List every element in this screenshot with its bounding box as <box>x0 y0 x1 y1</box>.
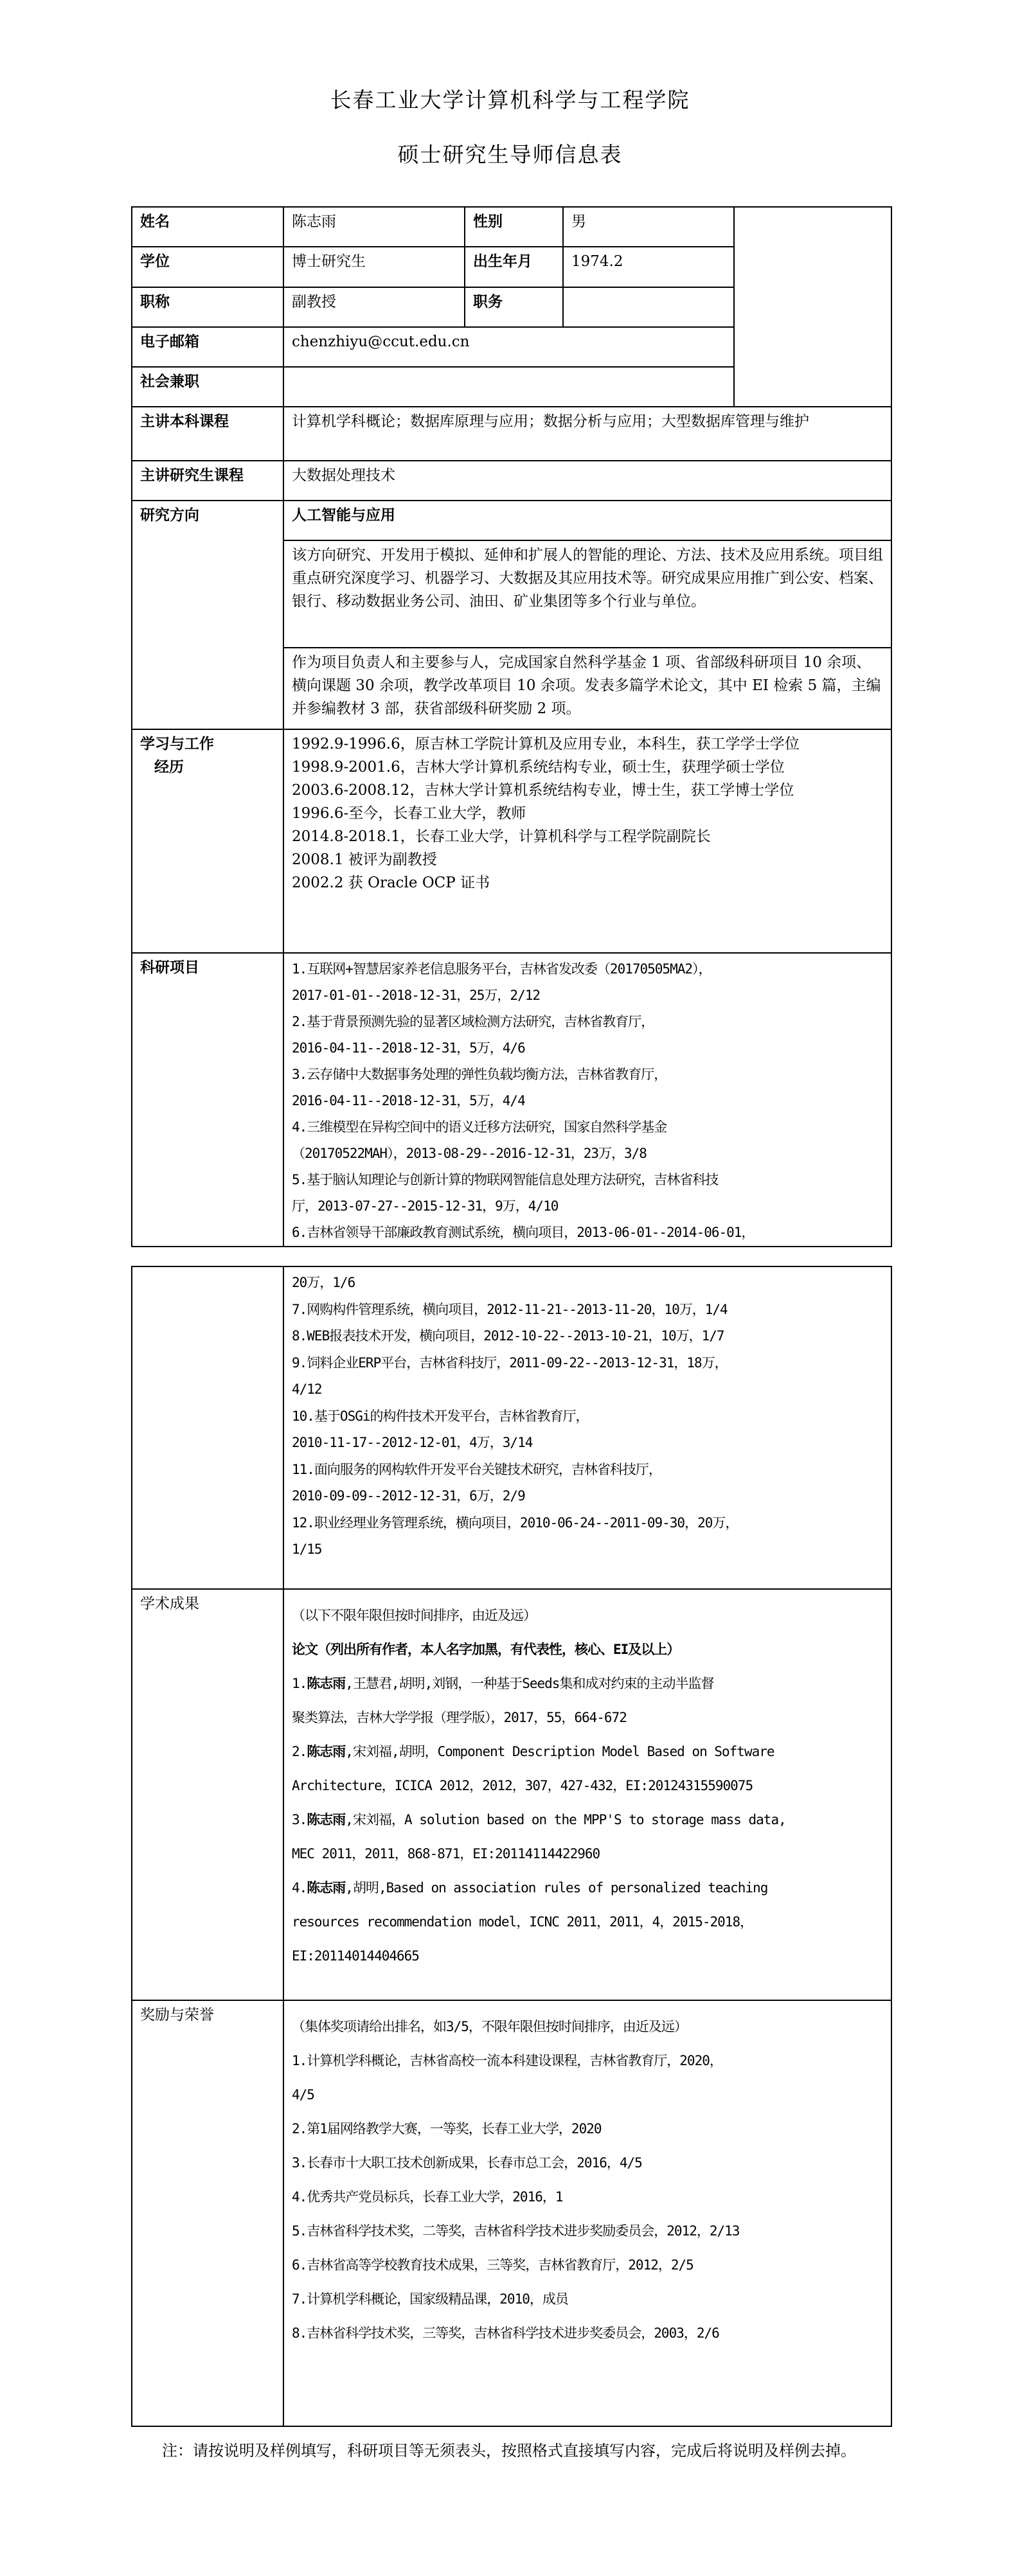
research-summary: 作为项目负责人和主要参与人，完成国家自然科学基金 1 项、省部级科研项目 10 … <box>283 648 891 729</box>
research-description: 该方向研究、开发用于模拟、延伸和扩展人的智能的理论、方法、技术及应用系统。项目组… <box>283 540 891 648</box>
achievements-note: （以下不限年限但按时间排序，由近及远） <box>292 1599 883 1633</box>
experience-item: 1998.9-2001.6，吉林大学计算机系统结构专业，硕士生，获理学硕士学位 <box>292 756 883 779</box>
award-item: 5.吉林省科学技术奖，二等奖，吉林省科学技术进步奖励委员会，2012，2/13 <box>292 2214 883 2248</box>
degree-value: 博士研究生 <box>283 247 465 287</box>
title-value: 副教授 <box>283 287 465 327</box>
birth-value: 1974.2 <box>563 247 734 287</box>
paper-item: 1.陈志雨,王慧君,胡明,刘钢，一种基于Seeds集和成对约束的主动半监督 <box>292 1667 883 1701</box>
undergrad-courses-value: 计算机学科概论；数据库原理与应用；数据分析与应用；大型数据库管理与维护 <box>283 407 891 461</box>
projects-list-page1: 1.互联网+智慧居家养老信息服务平台，吉林省发改委（20170505MA2）， … <box>283 953 891 1247</box>
gender-value: 男 <box>563 207 734 247</box>
award-item: 7.计算机学科概论，国家级精品课，2010，成员 <box>292 2282 883 2316</box>
email-label: 电子邮箱 <box>132 327 283 367</box>
title-label: 职称 <box>132 287 283 327</box>
awards-content: （集体奖项请给出排名，如3/5，不限年限但按时间排序，由近及远） 1.计算机学科… <box>283 2000 891 2426</box>
name-value: 陈志雨 <box>283 207 465 247</box>
project-line: 11.面向服务的网构软件开发平台关键技术研究，吉林省科技厅， <box>292 1457 883 1484</box>
project-line: 7.网购构件管理系统，横向项目，2012-11-21--2013-11-20，1… <box>292 1297 883 1324</box>
award-item: 4.优秀共产党员标兵，长春工业大学，2016，1 <box>292 2180 883 2214</box>
experience-list: 1992.9-1996.6，原吉林工学院计算机及应用专业，本科生，获工学学士学位… <box>283 729 891 953</box>
experience-item: 2003.6-2008.12，吉林大学计算机系统结构专业，博士生，获工学博士学位 <box>292 779 883 802</box>
project-line: 10.基于OSGi的构件技术开发平台，吉林省教育厅， <box>292 1403 883 1430</box>
research-label: 研究方向 <box>132 501 283 729</box>
project-line: 20万，1/6 <box>292 1270 883 1297</box>
award-item: 2.第1届网络教学大赛，一等奖，长春工业大学，2020 <box>292 2112 883 2146</box>
undergrad-courses-label: 主讲本科课程 <box>132 407 283 461</box>
award-item: 6.吉林省高等学校教育技术成果，三等奖，吉林省教育厅，2012，2/5 <box>292 2248 883 2282</box>
social-label: 社会兼职 <box>132 367 283 407</box>
awards-note: （集体奖项请给出排名，如3/5，不限年限但按时间排序，由近及远） <box>292 2010 883 2044</box>
info-table-page2: 20万，1/6 7.网购构件管理系统，横向项目，2012-11-21--2013… <box>131 1266 892 2427</box>
project-line: 3.云存储中大数据事务处理的弹性负载均衡方法，吉林省教育厅， <box>292 1061 883 1088</box>
position-label: 职务 <box>465 287 563 327</box>
photo-cell <box>734 207 891 407</box>
grad-courses-label: 主讲研究生课程 <box>132 461 283 501</box>
award-item: 4/5 <box>292 2078 883 2112</box>
award-item: 1.计算机学科概论，吉林省高校一流本科建设课程，吉林省教育厅，2020， <box>292 2044 883 2078</box>
project-line: 6.吉林省领导干部廉政教育测试系统，横向项目，2013-06-01--2014-… <box>292 1220 883 1246</box>
project-line: 12.职业经理业务管理系统，横向项目，2010-06-24--2011-09-3… <box>292 1510 883 1537</box>
research-direction: 人工智能与应用 <box>283 501 891 540</box>
experience-item: 2008.1 被评为副教授 <box>292 848 883 871</box>
project-line: 1.互联网+智慧居家养老信息服务平台，吉林省发改委（20170505MA2）， <box>292 956 883 982</box>
project-line: 4.三维模型在异构空间中的语义迁移方法研究，国家自然科学基金 <box>292 1114 883 1141</box>
project-line: 2017-01-01--2018-12-31，25万，2/12 <box>292 982 883 1009</box>
paper-item: 4.陈志雨,胡明,Based on association rules of p… <box>292 1871 883 1905</box>
footer-note: 注：请按说明及样例填写，科研项目等无须表头，按照格式直接填写内容，完成后将说明及… <box>131 2431 891 2471</box>
self-name: 陈志雨 <box>307 1676 345 1691</box>
project-line: 9.饲料企业ERP平台，吉林省科技厅，2011-09-22--2013-12-3… <box>292 1350 883 1377</box>
project-line: 2010-09-09--2012-12-31，6万，2/9 <box>292 1483 883 1510</box>
email-value: chenzhiyu@ccut.edu.cn <box>283 327 734 367</box>
experience-item: 1992.9-1996.6，原吉林工学院计算机及应用专业，本科生，获工学学士学位 <box>292 733 883 756</box>
document-subtitle: 硕士研究生导师信息表 <box>0 138 1020 168</box>
project-line: 2010-11-17--2012-12-01，4万，3/14 <box>292 1430 883 1457</box>
paper-item: 2.陈志雨,宋刘福,胡明，Component Description Model… <box>292 1735 883 1769</box>
self-name: 陈志雨 <box>307 1744 345 1759</box>
project-line: 2016-04-11--2018-12-31，5万，4/6 <box>292 1035 883 1061</box>
paper-item: 3.陈志雨,宋刘福，A solution based on the MPP'S … <box>292 1803 883 1837</box>
experience-item: 2014.8-2018.1，长春工业大学，计算机科学与工程学院副院长 <box>292 825 883 848</box>
projects-label: 科研项目 <box>132 953 283 1247</box>
gender-label: 性别 <box>465 207 563 247</box>
project-line: 1/15 <box>292 1536 883 1563</box>
awards-label: 奖励与荣誉 <box>132 2000 283 2426</box>
project-line: 2016-04-11--2018-12-31，5万，4/4 <box>292 1088 883 1114</box>
award-item: 8.吉林省科学技术奖，三等奖，吉林省科学技术进步奖委员会，2003，2/6 <box>292 2316 883 2350</box>
achievements-label: 学术成果 <box>132 1589 283 2000</box>
experience-item: 2002.2 获 Oracle OCP 证书 <box>292 871 883 894</box>
papers-heading: 论文（列出所有作者，本人名字加黑，有代表性，核心、EI及以上） <box>292 1633 883 1667</box>
project-line: 厅，2013-07-27--2015-12-31，9万，4/10 <box>292 1193 883 1220</box>
self-name: 陈志雨 <box>307 1880 345 1896</box>
project-line: 5.基于脑认知理论与创新计算的物联网智能信息处理方法研究，吉林省科技 <box>292 1167 883 1193</box>
experience-label: 学习与工作 经历 <box>132 729 283 953</box>
name-label: 姓名 <box>132 207 283 247</box>
info-table-page1: 姓名 陈志雨 性别 男 学位 博士研究生 出生年月 1974.2 职称 副教授 … <box>131 206 892 1247</box>
project-line: （20170522MAH），2013-08-29--2016-12-31，23万… <box>292 1141 883 1167</box>
projects-continued-label <box>132 1266 283 1589</box>
project-line: 8.WEB报表技术开发，横向项目，2012-10-22--2013-10-21，… <box>292 1323 883 1350</box>
award-item: 3.长春市十大职工技术创新成果，长春市总工会，2016，4/5 <box>292 2146 883 2180</box>
birth-label: 出生年月 <box>465 247 563 287</box>
self-name: 陈志雨 <box>307 1812 345 1827</box>
project-line: 2.基于背景预测先验的显著区域检测方法研究，吉林省教育厅， <box>292 1009 883 1035</box>
projects-list-page2: 20万，1/6 7.网购构件管理系统，横向项目，2012-11-21--2013… <box>283 1266 891 1589</box>
experience-item: 1996.6-至今，长春工业大学，教师 <box>292 802 883 825</box>
degree-label: 学位 <box>132 247 283 287</box>
social-value <box>283 367 734 407</box>
document-title: 长春工业大学计算机科学与工程学院 <box>0 84 1020 114</box>
achievements-content: （以下不限年限但按时间排序，由近及远） 论文（列出所有作者，本人名字加黑，有代表… <box>283 1589 891 2000</box>
project-line: 4/12 <box>292 1376 883 1403</box>
position-value <box>563 287 734 327</box>
grad-courses-value: 大数据处理技术 <box>283 461 891 501</box>
